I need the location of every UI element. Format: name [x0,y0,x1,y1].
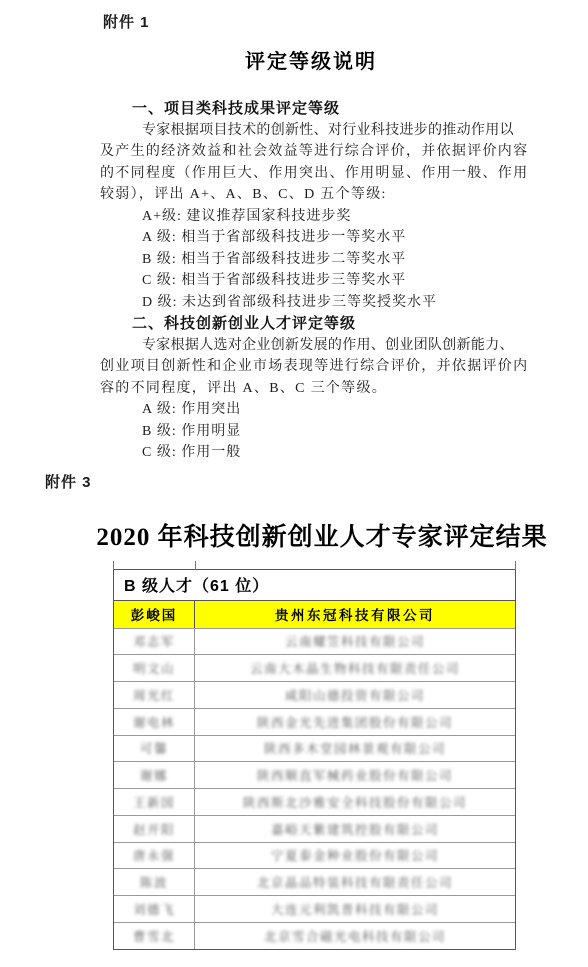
person-name-blurred: 谢娜 [140,766,168,784]
person-name-blurred: 唐永强 [133,846,175,864]
text-line: 创业项目创新性和企业市场表现等进行综合评价，并依据评价内 [100,356,530,378]
company-name-blurred: 陕西金光先进集团股份有限公司 [257,713,453,731]
company-cell: 陕西顺直军械药业股份有限公司 [195,762,515,788]
name-cell: 曹雪北 [114,923,195,949]
person-name-blurred: 刘德飞 [133,900,175,918]
company-cell: 大连元利凯普科技有限公司 [195,896,515,922]
company-name-blurred: 云南大木晶生物科技有限责任公司 [250,659,460,677]
company-name-blurred: 大连元利凯普科技有限公司 [271,900,439,918]
name-cell: 可馨 [114,736,195,762]
table-crop-tick-divider [195,561,196,570]
person-name-blurred: 赵开阳 [133,820,175,838]
company-cell: 云南大木晶生物科技有限责任公司 [195,655,515,681]
name-cell: 明文山 [114,655,195,681]
text-line: 较弱），评出 A+、A、B、C、D 五个等级: [100,184,530,206]
company-cell: 嘉峪天紫建筑控股有限公司 [195,816,515,842]
doc-title: 评定等级说明 [0,49,588,76]
person-name-blurred: 曹雪北 [133,927,175,945]
text-line: 专家根据人选对企业创新发展的作用、创业团队创新能力、 [100,335,530,357]
name-cell: 赵开阳 [114,816,195,842]
name-cell: 周光红 [114,682,195,708]
company-cell: 北京雪合磁光电科技有限公司 [195,923,515,949]
person-name-blurred: 陈波 [140,873,168,891]
table-row: 曹雪北 北京雪合磁光电科技有限公司 [114,922,515,949]
name-cell: 邓志军 [114,629,195,655]
table-header-row: B 级人才（61 位） [114,570,515,600]
company-name: 贵州东冠科技有限公司 [275,604,435,624]
grade-line-a-plus: A+级: 建议推荐国家科技进步奖 [100,206,530,228]
company-cell: 陕西斯北沙雅安全科技股份有限公司 [195,789,515,815]
company-cell: 咸阳山德投资有限公司 [195,682,515,708]
attachment-3-label: 附件 3 [45,473,588,493]
company-cell: 北京晶品特装科技有限责任公司 [195,869,515,895]
text-line: 及产生的经济效益和社会效益等进行综合评价，并依据评价内容 [100,141,530,163]
table-row: 明文山 云南大木晶生物科技有限责任公司 [114,654,515,681]
company-name-blurred: 北京晶品特装科技有限责任公司 [257,873,453,891]
company-cell: 贵州东冠科技有限公司 [195,601,515,628]
talent-grade-c: C 级: 作用一般 [100,442,530,464]
person-name-blurred: 周光红 [133,686,175,704]
person-name: 彭峻国 [131,604,178,624]
company-cell: 云南耀笠科技有限公司 [195,629,515,655]
results-table: B 级人才（61 位） 彭峻国 贵州东冠科技有限公司 邓志军 云南耀笠科技有限公… [113,569,516,950]
document-page: 附件 1 评定等级说明 一、项目类科技成果评定等级 专家根据项目技术的创新性、对… [0,0,588,967]
name-cell: 刘德飞 [114,896,195,922]
company-name-blurred: 嘉峪天紫建筑控股有限公司 [271,820,439,838]
company-cell: 陕西多木堂园林景观有限公司 [195,736,515,762]
company-name-blurred: 云南耀笠科技有限公司 [285,632,425,650]
grade-line-d: D 级: 未达到省部级科技进步三等奖授奖水平 [100,292,530,314]
table-row: 王新国 陕西斯北沙雅安全科技股份有限公司 [114,788,515,815]
name-cell: 彭峻国 [114,601,195,628]
name-cell: 陈波 [114,869,195,895]
table-row: 谢电林 陕西金光先进集团股份有限公司 [114,708,515,735]
name-cell: 谢娜 [114,762,195,788]
talent-grade-a: A 级: 作用突出 [100,399,530,421]
table-row: 刘德飞 大连元利凯普科技有限公司 [114,895,515,922]
attachment-1-label: 附件 1 [103,13,588,33]
company-name-blurred: 陕西斯北沙雅安全科技股份有限公司 [243,793,467,811]
company-name-blurred: 北京雪合磁光电科技有限公司 [264,927,446,945]
company-name-blurred: 陕西顺直军械药业股份有限公司 [257,766,453,784]
person-name-blurred: 邓志军 [133,632,175,650]
talent-grade-b: B 级: 作用明显 [100,421,530,443]
section-2-heading: 二、科技创新创业人才评定等级 [100,313,530,335]
table-row: 邓志军 云南耀笠科技有限公司 [114,628,515,655]
table-row: 赵开阳 嘉峪天紫建筑控股有限公司 [114,815,515,842]
company-cell: 陕西金光先进集团股份有限公司 [195,709,515,735]
result-title: 2020 年科技创新创业人才专家评定结果 [0,521,588,554]
company-name-blurred: 陕西多木堂园林景观有限公司 [264,739,446,757]
section-1-heading: 一、项目类科技成果评定等级 [100,98,530,120]
rating-text-block: 一、项目类科技成果评定等级 专家根据项目技术的创新性、对行业科技进步的推动作用以… [100,98,530,464]
company-name-blurred: 咸阳山德投资有限公司 [285,686,425,704]
table-row: 周光红 咸阳山德投资有限公司 [114,681,515,708]
table-crop-tick-left [113,561,114,570]
name-cell: 王新国 [114,789,195,815]
grade-line-c: C 级: 相当于省部级科技进步三等奖水平 [100,270,530,292]
text-line: 的不同程度（作用巨大、作用突出、作用明显、作用一般、作用 [100,163,530,185]
person-name-blurred: 王新国 [133,793,175,811]
person-name-blurred: 谢电林 [133,713,175,731]
company-cell: 宁夏泰金种业股份有限公司 [195,843,515,869]
table-crop-tick-right [515,561,516,570]
person-name-blurred: 明文山 [133,659,175,677]
grade-line-b: B 级: 相当于省部级科技进步二等奖水平 [100,249,530,271]
highlighted-row: 彭峻国 贵州东冠科技有限公司 [114,600,515,628]
text-line: 专家根据项目技术的创新性、对行业科技进步的推动作用以 [100,120,530,142]
table-row: 谢娜 陕西顺直军械药业股份有限公司 [114,761,515,788]
grade-line-a: A 级: 相当于省部级科技进步一等奖水平 [100,227,530,249]
table-row: 可馨 陕西多木堂园林景观有限公司 [114,735,515,762]
name-cell: 唐永强 [114,843,195,869]
table-header-label: B 级人才（61 位） [124,573,269,596]
person-name-blurred: 可馨 [140,739,168,757]
name-cell: 谢电林 [114,709,195,735]
company-name-blurred: 宁夏泰金种业股份有限公司 [271,846,439,864]
table-row: 陈波 北京晶品特装科技有限责任公司 [114,868,515,895]
table-row: 唐永强 宁夏泰金种业股份有限公司 [114,842,515,869]
text-line: 容的不同程度，评出 A、B、C 三个等级。 [100,378,530,400]
